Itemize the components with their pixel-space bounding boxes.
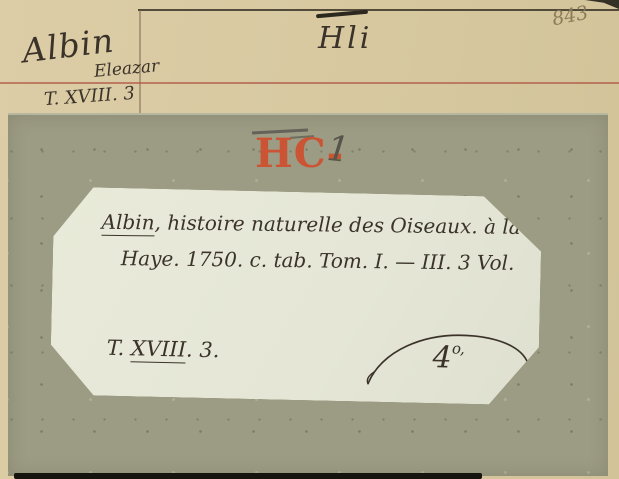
pencil-page-number: 843 — [550, 2, 590, 31]
shelfmark-top: T. XVIII. 3 — [43, 83, 135, 110]
pasted-label: Albin, histoire naturelle des Oiseaux. à… — [50, 186, 543, 405]
format-number: 4 — [432, 340, 452, 375]
format-sup: o, — [452, 340, 464, 358]
label-shelfmark-suffix: . 3. — [186, 338, 220, 363]
label-title-line1: Albin, histoire naturelle des Oiseaux. à… — [101, 210, 520, 239]
label-title-rest: , histoire naturelle des Oiseaux. à la — [154, 210, 520, 238]
overline-mark — [316, 10, 368, 19]
label-shelfmark-roman: XVIII — [131, 336, 187, 363]
author-forename: Eleazar — [93, 56, 160, 82]
scan-edge-shadow — [585, 0, 619, 9]
top-ruled-line — [138, 9, 619, 11]
label-shelfmark-prefix: T. — [107, 336, 132, 361]
label-shelfmark: T. XVIII. 3. — [107, 336, 220, 363]
classmark-number: 1 — [325, 129, 351, 171]
catalog-card-scan: Albin Eleazar T. XVIII. 3 Hli 843 HC- 1 … — [0, 0, 619, 479]
heading-mark: Hli — [318, 21, 372, 56]
label-format-quarto: 4o, — [432, 339, 464, 376]
scan-bottom-edge — [14, 473, 482, 479]
label-title-author: Albin — [101, 210, 154, 237]
red-ruled-line — [0, 82, 619, 84]
label-title-line2: Haye. 1750. c. tab. Tom. I. — III. 3 Vol… — [121, 246, 515, 275]
